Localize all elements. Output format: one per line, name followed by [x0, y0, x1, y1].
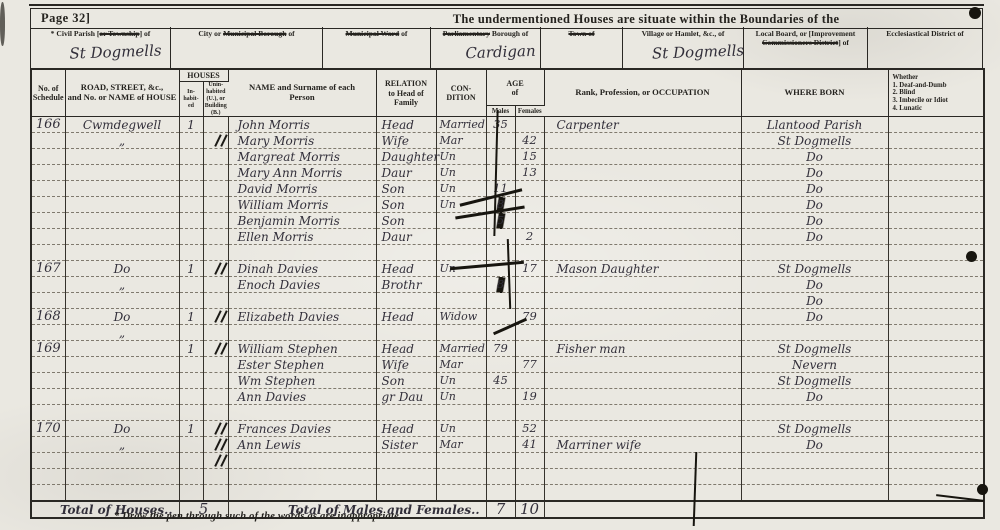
road-cell: Do: [65, 261, 179, 277]
uninhabited-cell: [203, 325, 228, 341]
road-cell: [65, 341, 179, 357]
condition-cell: Un: [436, 165, 486, 181]
census-row: David MorrisSonUn11Do: [31, 181, 984, 197]
where-born-cell: Do: [741, 181, 888, 197]
relation-cell: [376, 453, 436, 469]
road-cell: [65, 357, 179, 373]
age-female-cell: [515, 277, 544, 293]
infirmity-cell: [888, 261, 984, 277]
total-males-value: 7: [486, 501, 515, 518]
relation-cell: Daur: [376, 165, 436, 181]
census-row: Do: [31, 293, 984, 309]
age-male-cell: 11: [486, 181, 515, 197]
occupation-cell: [544, 325, 741, 341]
road-cell: [65, 293, 179, 309]
where-born-cell: [741, 453, 888, 469]
name-cell: William Stephen: [228, 341, 376, 357]
census-row: „Ann LewisSisterMar41Marriner wifeDo: [31, 437, 984, 453]
where-born-cell: St Dogmells: [741, 341, 888, 357]
col-header-uninhabited: Unin- habited (U.), or Building (B.): [203, 82, 228, 117]
age-male-cell: 8: [486, 277, 515, 293]
age-female-cell: [515, 293, 544, 309]
infirmity-cell: [888, 229, 984, 245]
inhabited-cell: 1: [179, 341, 203, 357]
inhabited-cell: [179, 389, 203, 405]
road-cell: [65, 389, 179, 405]
occupation-cell: [544, 277, 741, 293]
relation-cell: [376, 293, 436, 309]
infirmity-cell: [888, 149, 984, 165]
header-field: Town of: [541, 27, 623, 68]
inhabited-cell: [179, 469, 203, 485]
infirmity-cell: [888, 277, 984, 293]
where-born-cell: [741, 245, 888, 261]
age-female-cell: 19: [515, 389, 544, 405]
census-row: „Mary MorrisWifeMar42St Dogmells: [31, 133, 984, 149]
road-cell: [65, 165, 179, 181]
uninhabited-cell: [203, 293, 228, 309]
occupation-cell: [544, 373, 741, 389]
condition-cell: Un: [436, 149, 486, 165]
schedule-cell: [31, 357, 65, 373]
inhabited-cell: [179, 165, 203, 181]
inhabited-cell: [179, 373, 203, 389]
name-cell: Wm Stephen: [228, 373, 376, 389]
road-cell: Do: [65, 421, 179, 437]
inhabited-cell: 1: [179, 309, 203, 325]
inhabited-cell: [179, 277, 203, 293]
inhabited-cell: [179, 293, 203, 309]
schedule-cell: [31, 245, 65, 261]
age-male-cell: [486, 421, 515, 437]
census-sheet: Page 32] The undermentioned Houses are s…: [0, 0, 1000, 530]
census-row: [31, 485, 984, 502]
condition-cell: [436, 245, 486, 261]
where-born-cell: Do: [741, 229, 888, 245]
inhabited-cell: [179, 133, 203, 149]
uninhabited-cell: [203, 213, 228, 229]
header-field-label: Village or Hamlet, &c., of: [623, 27, 743, 38]
road-cell: [65, 245, 179, 261]
occupation-cell: [544, 245, 741, 261]
name-cell: Dinah Davies: [228, 261, 376, 277]
infirmity-cell: [888, 165, 984, 181]
uninhabited-cell: [203, 181, 228, 197]
condition-cell: Un: [436, 421, 486, 437]
name-cell: Margreat Morris: [228, 149, 376, 165]
road-cell: [65, 373, 179, 389]
infirmity-cell: [888, 405, 984, 421]
census-row: Mary Ann MorrisDaurUn13Do: [31, 165, 984, 181]
uninhabited-cell: [203, 197, 228, 213]
road-cell: [65, 149, 179, 165]
col-header-inhabited: In- habit- ed: [179, 82, 203, 117]
infirmity-cell: [888, 213, 984, 229]
col-header-females: Females: [515, 106, 544, 117]
infirmity-cell: [888, 421, 984, 437]
inhabited-cell: 1: [179, 117, 203, 133]
relation-cell: Son: [376, 181, 436, 197]
where-born-cell: [741, 469, 888, 485]
uninhabited-cell: [203, 485, 228, 502]
relation-cell: Head: [376, 117, 436, 133]
col-header-schedule: No. of Schedule: [31, 69, 65, 117]
name-cell: Mary Ann Morris: [228, 165, 376, 181]
where-born-cell: St Dogmells: [741, 133, 888, 149]
inhabited-cell: [179, 485, 203, 502]
schedule-cell: [31, 197, 65, 213]
col-header-where-born: WHERE BORN: [741, 69, 888, 117]
name-cell: [228, 293, 376, 309]
census-row: Wm StephenSonUn45St Dogmells: [31, 373, 984, 389]
age-female-cell: 2: [515, 229, 544, 245]
relation-cell: Son: [376, 213, 436, 229]
occupation-cell: [544, 229, 741, 245]
occupation-cell: [544, 421, 741, 437]
name-cell: William Morris: [228, 197, 376, 213]
relation-cell: Head: [376, 309, 436, 325]
name-cell: [228, 245, 376, 261]
occupation-cell: [544, 405, 741, 421]
road-cell: „: [65, 325, 179, 341]
age-female-cell: [515, 405, 544, 421]
age-male-cell: [486, 165, 515, 181]
age-male-cell: [486, 325, 515, 341]
schedule-cell: [31, 277, 65, 293]
occupation-cell: [544, 469, 741, 485]
age-male-cell: [486, 149, 515, 165]
header-field: Village or Hamlet, &c., ofSt Dogmells: [623, 27, 744, 68]
age-female-cell: [515, 197, 544, 213]
infirmity-cell: [888, 325, 984, 341]
relation-cell: Daughter: [376, 149, 436, 165]
header-field-label: Town of: [541, 27, 622, 38]
age-male-cell: 79: [486, 341, 515, 357]
occupation-cell: [544, 133, 741, 149]
age-male-cell: [486, 309, 515, 325]
road-cell: „: [65, 437, 179, 453]
condition-cell: Un: [436, 261, 486, 277]
census-row: Margreat MorrisDaughterUn15Do: [31, 149, 984, 165]
occupation-cell: Carpenter: [544, 117, 741, 133]
header-field-label: Local Board, or [Improvement Commissione…: [744, 27, 867, 47]
header-field: Parliamentary Borough ofCardigan: [431, 27, 541, 68]
inhabited-cell: [179, 405, 203, 421]
age-female-cell: [515, 325, 544, 341]
age-female-cell: [515, 181, 544, 197]
age-female-cell: [515, 213, 544, 229]
age-female-cell: 13: [515, 165, 544, 181]
name-cell: [228, 405, 376, 421]
age-female-cell: [515, 245, 544, 261]
schedule-cell: [31, 229, 65, 245]
col-header-males: Males: [486, 106, 515, 117]
uninhabited-cell: [203, 469, 228, 485]
schedule-cell: [31, 373, 65, 389]
where-born-cell: Do: [741, 197, 888, 213]
schedule-cell: [31, 325, 65, 341]
road-cell: „: [65, 133, 179, 149]
schedule-cell: 167: [31, 261, 65, 277]
col-header-relation: RELATION to Head of Family: [376, 69, 436, 117]
road-cell: [65, 229, 179, 245]
relation-cell: Son: [376, 197, 436, 213]
condition-cell: Mar: [436, 437, 486, 453]
uninhabited-cell: [203, 373, 228, 389]
age-female-cell: 17: [515, 261, 544, 277]
schedule-cell: 166: [31, 117, 65, 133]
census-row: [31, 245, 984, 261]
header-field-label: Ecclesiastical District of: [868, 27, 982, 38]
road-cell: [65, 405, 179, 421]
age-male-cell: [486, 261, 515, 277]
relation-cell: [376, 325, 436, 341]
uninhabited-cell: [203, 149, 228, 165]
where-born-cell: St Dogmells: [741, 261, 888, 277]
road-cell: [65, 197, 179, 213]
occupation-cell: [544, 293, 741, 309]
infirmity-cell: [888, 389, 984, 405]
road-cell: [65, 485, 179, 502]
relation-cell: [376, 405, 436, 421]
infirmity-cell: [888, 133, 984, 149]
infirmity-cell: [888, 245, 984, 261]
occupation-cell: [544, 197, 741, 213]
where-born-cell: Llantood Parish: [741, 117, 888, 133]
col-header-name: NAME and Surname of each Person: [228, 69, 376, 117]
inhabited-cell: [179, 149, 203, 165]
relation-cell: Head: [376, 261, 436, 277]
inhabited-cell: 1: [179, 261, 203, 277]
uninhabited-cell: [203, 389, 228, 405]
age-female-cell: [515, 373, 544, 389]
header-field: Local Board, or [Improvement Commissione…: [744, 27, 868, 68]
name-cell: [228, 485, 376, 502]
age-male-cell: [486, 229, 515, 245]
age-male-cell: 35: [486, 117, 515, 133]
occupation-cell: [544, 485, 741, 502]
schedule-cell: [31, 165, 65, 181]
census-row: 1691William StephenHeadMarried79Fisher m…: [31, 341, 984, 357]
occupation-cell: Mason Daughter: [544, 261, 741, 277]
uninhabited-cell: [203, 405, 228, 421]
name-cell: David Morris: [228, 181, 376, 197]
census-row: 168Do1Elizabeth DaviesHeadWidow79Do: [31, 309, 984, 325]
page-number: Page 32]: [41, 11, 90, 26]
age-male-cell: [486, 469, 515, 485]
occupation-cell: [544, 389, 741, 405]
census-row: „Enoch DaviesBrothr8Do: [31, 277, 984, 293]
condition-cell: [436, 213, 486, 229]
name-cell: Ester Stephen: [228, 357, 376, 373]
condition-cell: [436, 405, 486, 421]
footnote: * Draw the pen through such of the words…: [114, 511, 402, 522]
where-born-cell: St Dogmells: [741, 373, 888, 389]
name-cell: Ann Lewis: [228, 437, 376, 453]
infirmity-cell: [888, 469, 984, 485]
schedule-cell: [31, 485, 65, 502]
occupation-cell: [544, 309, 741, 325]
age-male-cell: [486, 437, 515, 453]
condition-cell: Un: [436, 181, 486, 197]
age-male-cell: 45: [486, 373, 515, 389]
col-header-age: AGE of: [486, 69, 544, 106]
infirmity-cell: [888, 293, 984, 309]
age-male-cell: [486, 133, 515, 149]
schedule-cell: [31, 405, 65, 421]
condition-cell: Un: [436, 197, 486, 213]
occupation-cell: [544, 213, 741, 229]
condition-cell: Un: [436, 389, 486, 405]
relation-cell: gr Dau: [376, 389, 436, 405]
header-field: Municipal Ward of: [323, 27, 431, 68]
occupation-cell: [544, 453, 741, 469]
occupation-cell: Fisher man: [544, 341, 741, 357]
infirmity-cell: [888, 197, 984, 213]
infirmity-cell: [888, 181, 984, 197]
name-cell: Mary Morris: [228, 133, 376, 149]
where-born-cell: [741, 485, 888, 502]
census-rows: 166Cwmdegwell1John MorrisHeadMarried35Ca…: [31, 117, 984, 502]
age-female-cell: 41: [515, 437, 544, 453]
name-cell: Benjamin Morris: [228, 213, 376, 229]
total-females-value: 10: [515, 501, 544, 518]
name-cell: Ann Davies: [228, 389, 376, 405]
header-field: * Civil Parish [or Township] ofSt Dogmel…: [31, 27, 171, 68]
inhabited-cell: [179, 245, 203, 261]
age-male-cell: [486, 389, 515, 405]
age-female-cell: [515, 117, 544, 133]
infirmity-cell: [888, 453, 984, 469]
age-female-cell: [515, 341, 544, 357]
where-born-cell: Do: [741, 389, 888, 405]
age-male-cell: [486, 357, 515, 373]
inhabited-cell: 1: [179, 421, 203, 437]
sheet-title: The undermentioned Houses are situate wi…: [316, 12, 976, 27]
relation-cell: Wife: [376, 357, 436, 373]
condition-cell: [436, 469, 486, 485]
road-cell: Cwmdegwell: [65, 117, 179, 133]
relation-cell: [376, 485, 436, 502]
col-header-houses: HOUSES: [179, 69, 228, 82]
age-female-cell: 79: [515, 309, 544, 325]
where-born-cell: Do: [741, 437, 888, 453]
relation-cell: Daur: [376, 229, 436, 245]
road-cell: Do: [65, 309, 179, 325]
header-field-label: Municipal Ward of: [323, 27, 430, 38]
uninhabited-cell: [203, 229, 228, 245]
condition-cell: Married: [436, 117, 486, 133]
occupation-cell: [544, 357, 741, 373]
age-female-cell: [515, 485, 544, 502]
col-header-occupation: Rank, Profession, or OCCUPATION: [544, 69, 741, 117]
schedule-cell: [31, 293, 65, 309]
title-bar: Page 32] The undermentioned Houses are s…: [30, 8, 983, 29]
condition-cell: [436, 229, 486, 245]
inhabited-cell: [179, 229, 203, 245]
name-cell: [228, 325, 376, 341]
inhabited-cell: [179, 437, 203, 453]
road-cell: [65, 181, 179, 197]
census-row: 166Cwmdegwell1John MorrisHeadMarried35Ca…: [31, 117, 984, 133]
census-row: Benjamin MorrisSon5Do: [31, 213, 984, 229]
where-born-cell: Nevern: [741, 357, 888, 373]
condition-cell: Mar: [436, 133, 486, 149]
condition-cell: [436, 277, 486, 293]
road-cell: „: [65, 277, 179, 293]
name-cell: Elizabeth Davies: [228, 309, 376, 325]
name-cell: John Morris: [228, 117, 376, 133]
age-male-cell: 5: [486, 213, 515, 229]
relation-cell: Head: [376, 341, 436, 357]
relation-cell: [376, 469, 436, 485]
condition-cell: [436, 325, 486, 341]
header-fields-band: * Civil Parish [or Township] ofSt Dogmel…: [30, 27, 983, 68]
schedule-cell: [31, 437, 65, 453]
census-table: No. of Schedule ROAD, STREET, &c., and N…: [30, 68, 985, 519]
name-cell: Ellen Morris: [228, 229, 376, 245]
col-header-road: ROAD, STREET, &c., and No. or NAME of HO…: [65, 69, 179, 117]
condition-cell: Widow: [436, 309, 486, 325]
relation-cell: [376, 245, 436, 261]
schedule-cell: [31, 133, 65, 149]
inhabited-cell: [179, 181, 203, 197]
occupation-cell: [544, 165, 741, 181]
inhabited-cell: [179, 453, 203, 469]
census-row: Ann Daviesgr DauUn19Do: [31, 389, 984, 405]
ink-smudge: [0, 2, 5, 46]
occupation-cell: Marriner wife: [544, 437, 741, 453]
condition-cell: Married: [436, 341, 486, 357]
schedule-cell: 168: [31, 309, 65, 325]
occupation-cell: [544, 181, 741, 197]
where-born-cell: Do: [741, 293, 888, 309]
occupation-cell: [544, 149, 741, 165]
relation-cell: Brothr: [376, 277, 436, 293]
where-born-cell: [741, 405, 888, 421]
uninhabited-cell: [203, 245, 228, 261]
name-cell: Frances Davies: [228, 421, 376, 437]
age-female-cell: [515, 453, 544, 469]
census-row: William MorrisSonUn8Do: [31, 197, 984, 213]
condition-cell: [436, 485, 486, 502]
relation-cell: Wife: [376, 133, 436, 149]
schedule-cell: [31, 453, 65, 469]
census-row: [31, 469, 984, 485]
where-born-cell: [741, 325, 888, 341]
totals-empty-cell: [544, 501, 984, 518]
header-field: City or Municipal Borough of: [171, 27, 323, 68]
age-female-cell: 77: [515, 357, 544, 373]
condition-cell: Un: [436, 373, 486, 389]
inhabited-cell: [179, 357, 203, 373]
road-cell: [65, 453, 179, 469]
header-field-label: * Civil Parish [or Township] of: [31, 27, 170, 38]
census-row: „: [31, 325, 984, 341]
relation-cell: Son: [376, 373, 436, 389]
age-female-cell: 52: [515, 421, 544, 437]
infirmity-cell: [888, 485, 984, 502]
age-female-cell: 42: [515, 133, 544, 149]
infirmity-cell: [888, 309, 984, 325]
where-born-cell: Do: [741, 277, 888, 293]
age-male-cell: [486, 485, 515, 502]
col-header-condition: CON- DITION: [436, 69, 486, 117]
age-female-cell: 15: [515, 149, 544, 165]
uninhabited-cell: [203, 117, 228, 133]
condition-cell: Mar: [436, 357, 486, 373]
road-cell: [65, 213, 179, 229]
